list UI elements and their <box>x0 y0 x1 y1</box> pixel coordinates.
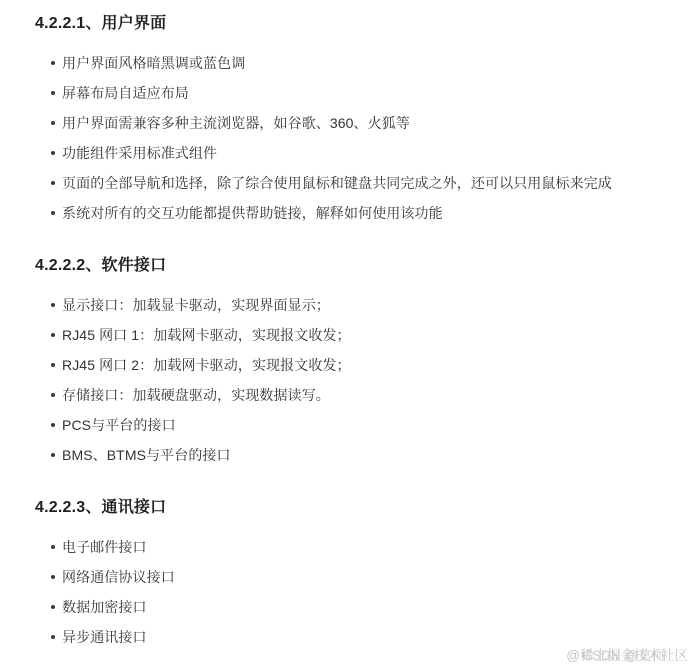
section-heading: 4.2.2.1、用户界面 <box>35 14 674 34</box>
bullet-icon <box>51 91 55 95</box>
bullet-icon <box>51 605 55 609</box>
bullet-icon <box>51 181 55 185</box>
bullet-text: 异步通讯接口 <box>62 629 147 645</box>
bullet-icon <box>51 363 55 367</box>
bullet-list: 用户界面风格暗黑调或蓝色调屏幕布局自适应布局用户界面需兼容多种主流浏览器，如谷歌… <box>35 48 674 228</box>
list-item: 用户界面需兼容多种主流浏览器，如谷歌、360、火狐等 <box>35 108 674 138</box>
bullet-text: 功能组件采用标准式组件 <box>62 145 217 161</box>
bullet-text: 用户界面风格暗黑调或蓝色调 <box>62 55 245 71</box>
list-item: 系统对所有的交互功能都提供帮助链接，解释如何使用该功能 <box>35 198 674 228</box>
bullet-text: 网络通信协议接口 <box>62 569 175 585</box>
bullet-text: 屏幕布局自适应布局 <box>62 85 189 101</box>
section-heading: 4.2.2.2、软件接口 <box>35 256 674 276</box>
bullet-icon <box>51 151 55 155</box>
list-item: 页面的全部导航和选择，除了综合使用鼠标和键盘共同完成之外，还可以只用鼠标来完成 <box>35 168 674 198</box>
bullet-icon <box>51 303 55 307</box>
document-section: 4.2.2.3、通讯接口 电子邮件接口网络通信协议接口数据加密接口异步通讯接口 <box>35 498 674 652</box>
bullet-icon <box>51 121 55 125</box>
bullet-icon <box>51 211 55 215</box>
list-item: 屏幕布局自适应布局 <box>35 78 674 108</box>
bullet-icon <box>51 61 55 65</box>
list-item: PCS与平台的接口 <box>35 410 674 440</box>
bullet-icon <box>51 333 55 337</box>
bullet-icon <box>51 635 55 639</box>
bullet-text: RJ45 网口 2：加载网卡驱动，实现报文收发； <box>62 357 351 373</box>
list-item: 存储接口：加载硬盘驱动，实现数据读写。 <box>35 380 674 410</box>
bullet-text: 显示接口：加载显卡驱动，实现界面显示； <box>62 297 330 313</box>
bullet-icon <box>51 423 55 427</box>
bullet-text: RJ45 网口 1：加载网卡驱动，实现报文收发； <box>62 327 351 343</box>
bullet-text: 数据加密接口 <box>62 599 147 615</box>
document-body: 4.2.2.1、用户界面 用户界面风格暗黑调或蓝色调屏幕布局自适应布局用户界面需… <box>0 0 694 652</box>
bullet-text: 系统对所有的交互功能都提供帮助链接，解释如何使用该功能 <box>62 205 443 221</box>
bullet-icon <box>51 575 55 579</box>
list-item: 功能组件采用标准式组件 <box>35 138 674 168</box>
list-item: 异步通讯接口 <box>35 622 674 652</box>
bullet-text: 页面的全部导航和选择，除了综合使用鼠标和键盘共同完成之外，还可以只用鼠标来完成 <box>62 175 612 191</box>
list-item: 数据加密接口 <box>35 592 674 622</box>
list-item: RJ45 网口 2：加载网卡驱动，实现报文收发； <box>35 350 674 380</box>
bullet-text: 用户界面需兼容多种主流浏览器，如谷歌、360、火狐等 <box>62 115 410 131</box>
bullet-text: BMS、BTMS与平台的接口 <box>62 447 231 463</box>
bullet-icon <box>51 453 55 457</box>
list-item: 网络通信协议接口 <box>35 562 674 592</box>
list-item: 显示接口：加载显卡驱动，实现界面显示； <box>35 290 674 320</box>
bullet-text: 电子邮件接口 <box>62 539 147 555</box>
bullet-icon <box>51 545 55 549</box>
document-section: 4.2.2.1、用户界面 用户界面风格暗黑调或蓝色调屏幕布局自适应布局用户界面需… <box>35 14 674 228</box>
list-item: 用户界面风格暗黑调或蓝色调 <box>35 48 674 78</box>
list-item: BMS、BTMS与平台的接口 <box>35 440 674 470</box>
list-item: RJ45 网口 1：加载网卡驱动，实现报文收发； <box>35 320 674 350</box>
bullet-text: 存储接口：加载硬盘驱动，实现数据读写。 <box>62 387 330 403</box>
document-section: 4.2.2.2、软件接口 显示接口：加载显卡驱动，实现界面显示；RJ45 网口 … <box>35 256 674 470</box>
section-heading: 4.2.2.3、通讯接口 <box>35 498 674 518</box>
bullet-text: PCS与平台的接口 <box>62 417 176 433</box>
bullet-list: 显示接口：加载显卡驱动，实现界面显示；RJ45 网口 1：加载网卡驱动，实现报文… <box>35 290 674 470</box>
bullet-list: 电子邮件接口网络通信协议接口数据加密接口异步通讯接口 <box>35 532 674 652</box>
list-item: 电子邮件接口 <box>35 532 674 562</box>
bullet-icon <box>51 393 55 397</box>
